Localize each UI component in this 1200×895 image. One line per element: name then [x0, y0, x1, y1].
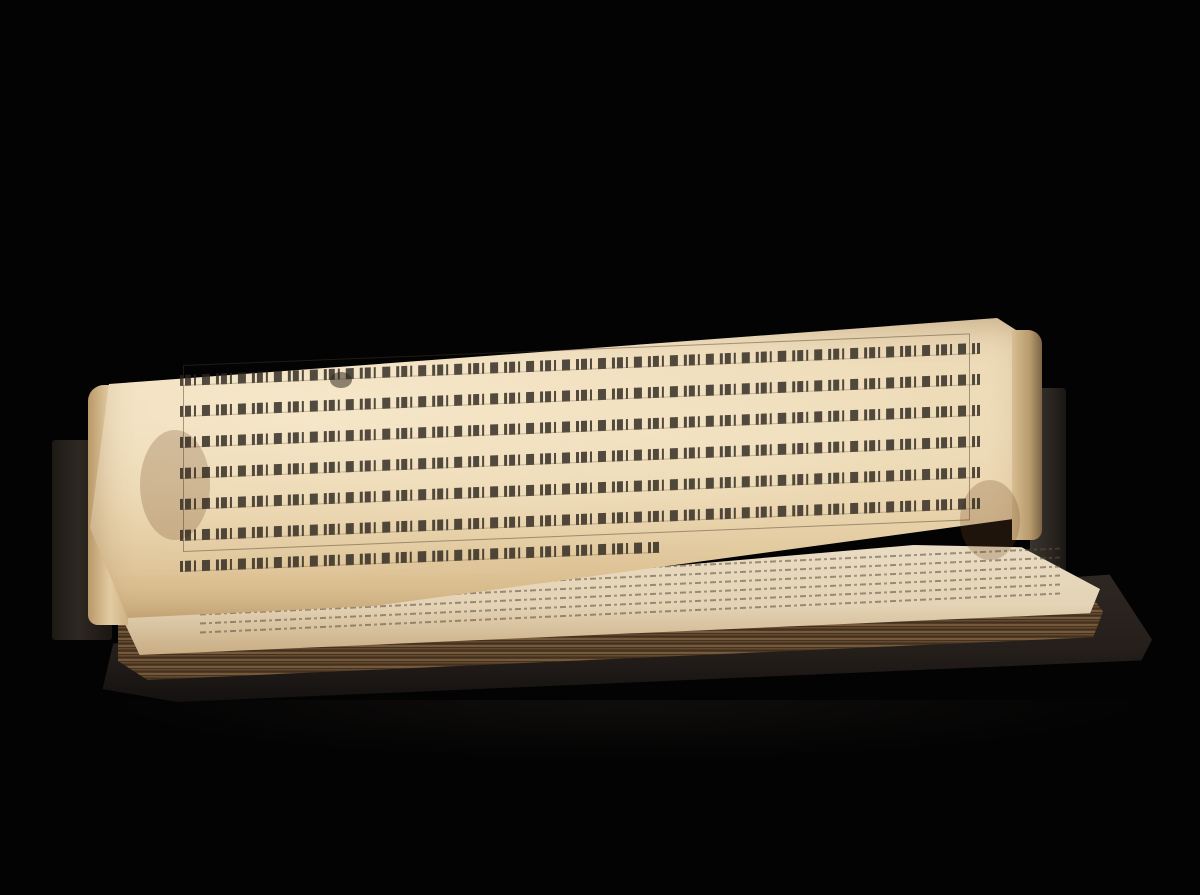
- photo-scene: [0, 0, 1200, 895]
- script-line: [180, 542, 660, 572]
- upright-page-script: [180, 343, 980, 585]
- table-reflection: [100, 700, 1150, 760]
